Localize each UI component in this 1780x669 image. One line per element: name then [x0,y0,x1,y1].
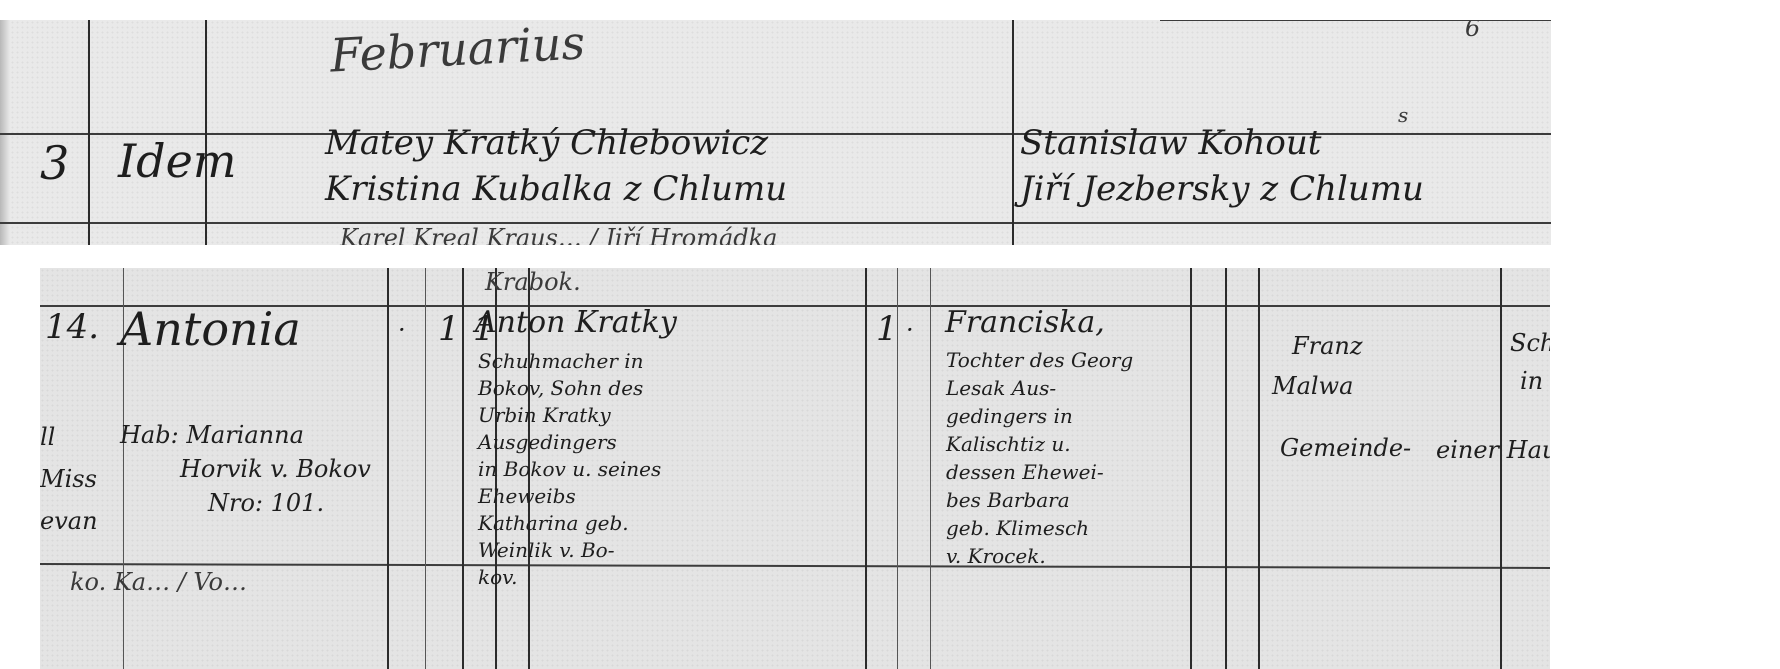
row-rule [40,563,1550,569]
remarks-continuation: einer Hausb. [1436,438,1550,462]
godparent-cell: Franz Malwa [1272,326,1363,486]
father-cell: Matey Kratký Chlebowicz Kristina Kubalka… [325,120,787,212]
register-fragment-bottom: Krabok. 14. Antonia ll Miss evan Hab: Ma… [40,268,1550,669]
godparent-cell: Stanislaw Kohout Jiří Jezbersky z Chlumu [1020,120,1424,212]
religion-mark: 1 [438,312,460,346]
column-rule [88,20,90,245]
column-rule [1225,268,1227,669]
column-rule [462,268,464,669]
father-mark: 1 [876,312,898,346]
column-rule [387,268,389,669]
entry-day: Idem [118,138,236,184]
father-line: Kristina Kubalka z Chlumu [325,166,787,212]
column-rule [1500,268,1502,669]
column-rule [425,268,426,669]
top-right-mark: 6 [1465,20,1480,40]
remarks-cell: Schuhmacher in Lukawec dessen [1510,324,1550,438]
father-line: Matey Kratký Chlebowicz [325,120,787,166]
row-rule-partial [1160,20,1551,21]
next-row-partial: ko. Ka… / Vo… [70,570,247,594]
column-rule [1258,268,1260,669]
father-name: Anton Kratky [475,308,677,338]
left-margin-partial: ll Miss evan [40,416,98,542]
godparent-continuation: Gemeinde- [1280,436,1411,460]
next-row-partial: Karel Kreal Kraus… / Jiří Hromádka [340,226,777,245]
entry-number: 14. [45,310,99,344]
house-line: Hab: Marianna [120,418,371,452]
column-rule [1012,20,1014,245]
child-name: Antonia [120,306,301,352]
entry-number: 3 [40,140,69,186]
house-line: Horvik v. Bokov [120,452,371,486]
column-rule [930,268,931,669]
register-fragment-top: Februarius 6 s 3 Idem Matey Kratký Chleb… [0,20,1551,245]
top-partial-text: Krabok. [485,270,581,294]
father-cell: Schuhmacher in Bokov, Sohn des Urbin Kra… [478,348,661,591]
father-mark: · [906,318,914,342]
month-heading: Februarius [329,20,586,79]
column-rule [1190,268,1192,669]
religion-mark: · [398,318,406,342]
column-rule [205,20,207,245]
godparent-line: Jiří Jezbersky z Chlumu [1020,166,1424,212]
mother-cell: Tochter des Georg Lesak Aus- gedingers i… [946,346,1133,570]
house-cell: Hab: Marianna Horvik v. Bokov Nro: 101. [120,418,371,520]
godparent-line: Stanislaw Kohout [1020,120,1424,166]
house-line: Nro: 101. [120,486,371,520]
column-rule [865,268,867,669]
mother-name: Franciska, [945,308,1105,338]
